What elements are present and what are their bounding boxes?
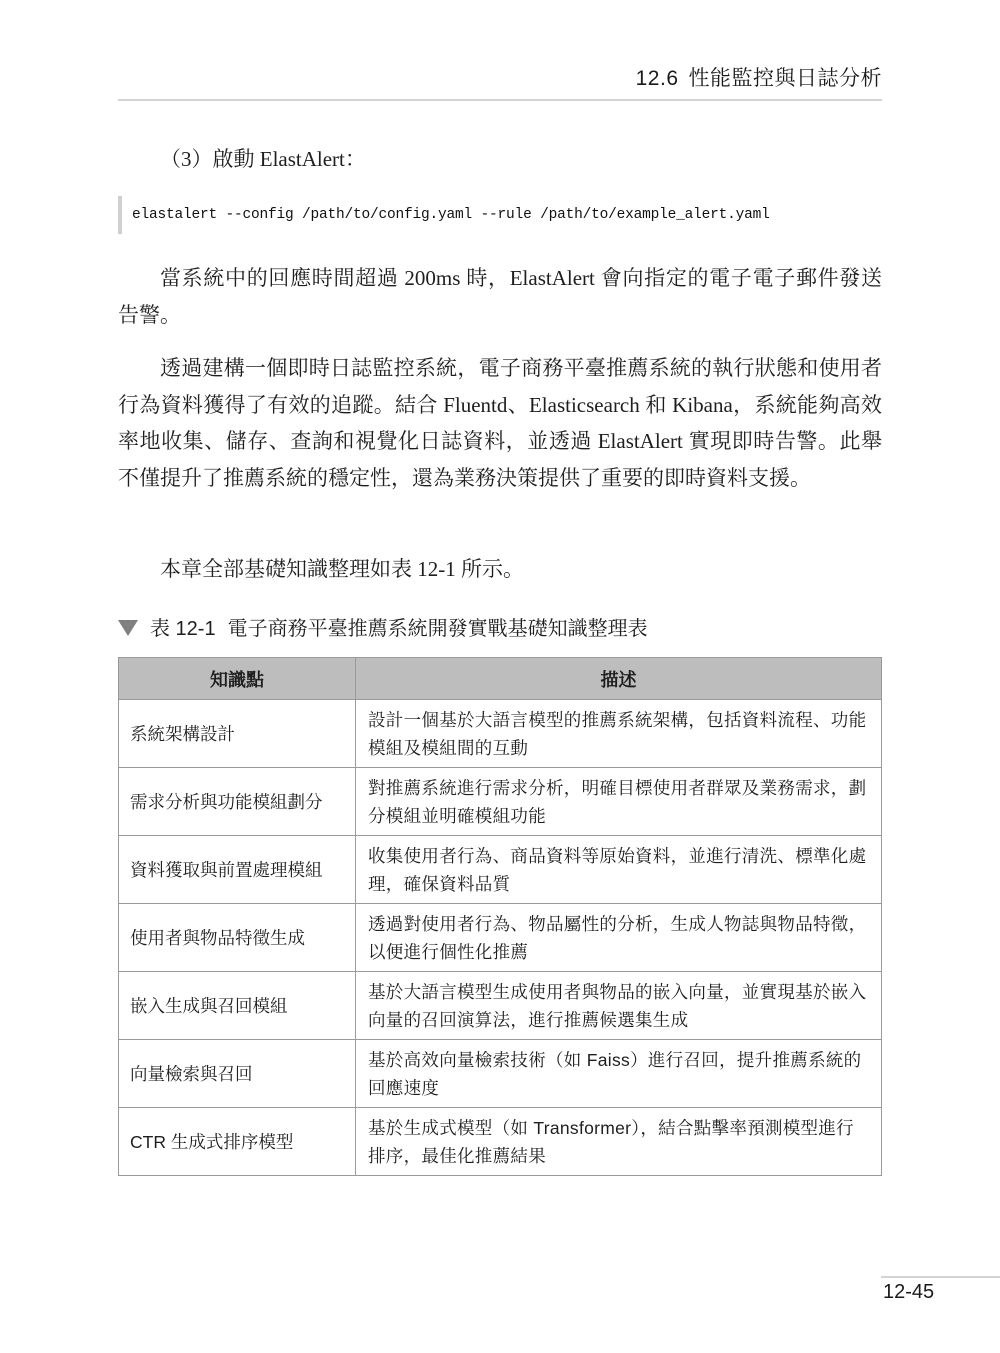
row-topic: 系統架構設計 [119, 700, 356, 768]
row-topic: 使用者與物品特徵生成 [119, 904, 356, 972]
header-description: 描述 [356, 658, 882, 700]
footer-divider [881, 1276, 1000, 1278]
row-description: 基於大語言模型生成使用者與物品的嵌入向量，並實現基於嵌入向量的召回演算法，進行推… [356, 972, 882, 1040]
table-row: CTR 生成式排序模型 基於生成式模型（如 Transformer），結合點擊率… [119, 1108, 882, 1176]
row-description: 對推薦系統進行需求分析，明確目標使用者群眾及業務需求，劃分模組並明確模組功能 [356, 768, 882, 836]
row-topic: 需求分析與功能模組劃分 [119, 768, 356, 836]
table-row: 資料獲取與前置處理模組 收集使用者行為、商品資料等原始資料，並進行清洗、標準化處… [119, 836, 882, 904]
header-topic: 知識點 [119, 658, 356, 700]
code-command: elastalert --config /path/to/config.yaml… [132, 207, 770, 223]
table-row: 需求分析與功能模組劃分 對推薦系統進行需求分析，明確目標使用者群眾及業務需求，劃… [119, 768, 882, 836]
table-row: 系統架構設計 設計一個基於大語言模型的推薦系統架構，包括資料流程、功能模組及模組… [119, 700, 882, 768]
running-header: 12.6性能監控與日誌分析 [118, 62, 882, 92]
table-row: 向量檢索與召回 基於高效向量檢索技術（如 Faiss）進行召回，提升推薦系統的回… [119, 1040, 882, 1108]
header-divider [118, 99, 882, 101]
section-number: 12.6 [636, 67, 679, 90]
row-description: 基於生成式模型（如 Transformer），結合點擊率預測模型進行排序，最佳化… [356, 1108, 882, 1176]
row-topic: 向量檢索與召回 [119, 1040, 356, 1108]
triangle-down-icon [118, 620, 138, 636]
paragraph-table-intro: 本章全部基礎知識整理如表 12-1 所示。 [118, 551, 882, 588]
table-caption: 表 12-1 電子商務平臺推薦系統開發實戰基礎知識整理表 [118, 612, 648, 641]
row-topic: 嵌入生成與召回模組 [119, 972, 356, 1040]
table-row: 嵌入生成與召回模組 基於大語言模型生成使用者與物品的嵌入向量，並實現基於嵌入向量… [119, 972, 882, 1040]
table-caption-number: 表 12-1 [150, 612, 216, 641]
code-block: elastalert --config /path/to/config.yaml… [118, 196, 770, 234]
row-description: 收集使用者行為、商品資料等原始資料，並進行清洗、標準化處理，確保資料品質 [356, 836, 882, 904]
row-description: 設計一個基於大語言模型的推薦系統架構，包括資料流程、功能模組及模組間的互動 [356, 700, 882, 768]
knowledge-table: 知識點 描述 系統架構設計 設計一個基於大語言模型的推薦系統架構，包括資料流程、… [118, 657, 882, 1176]
row-description: 透過對使用者行為、物品屬性的分析，生成人物誌與物品特徵，以便進行個性化推薦 [356, 904, 882, 972]
row-topic: 資料獲取與前置處理模組 [119, 836, 356, 904]
row-topic: CTR 生成式排序模型 [119, 1108, 356, 1176]
paragraph-alert-description: 當系統中的回應時間超過 200ms 時，ElastAlert 會向指定的電子電子… [118, 260, 882, 333]
table-caption-title: 電子商務平臺推薦系統開發實戰基礎知識整理表 [228, 612, 648, 641]
step-heading: （3）啟動 ElastAlert： [160, 143, 366, 173]
page-number: 12-45 [883, 1281, 934, 1304]
section-title: 性能監控與日誌分析 [689, 67, 883, 90]
table-row: 使用者與物品特徵生成 透過對使用者行為、物品屬性的分析，生成人物誌與物品特徵，以… [119, 904, 882, 972]
paragraph-summary: 透過建構一個即時日誌監控系統，電子商務平臺推薦系統的執行狀態和使用者行為資料獲得… [118, 350, 882, 496]
row-description: 基於高效向量檢索技術（如 Faiss）進行召回，提升推薦系統的回應速度 [356, 1040, 882, 1108]
table-header-row: 知識點 描述 [119, 658, 882, 700]
